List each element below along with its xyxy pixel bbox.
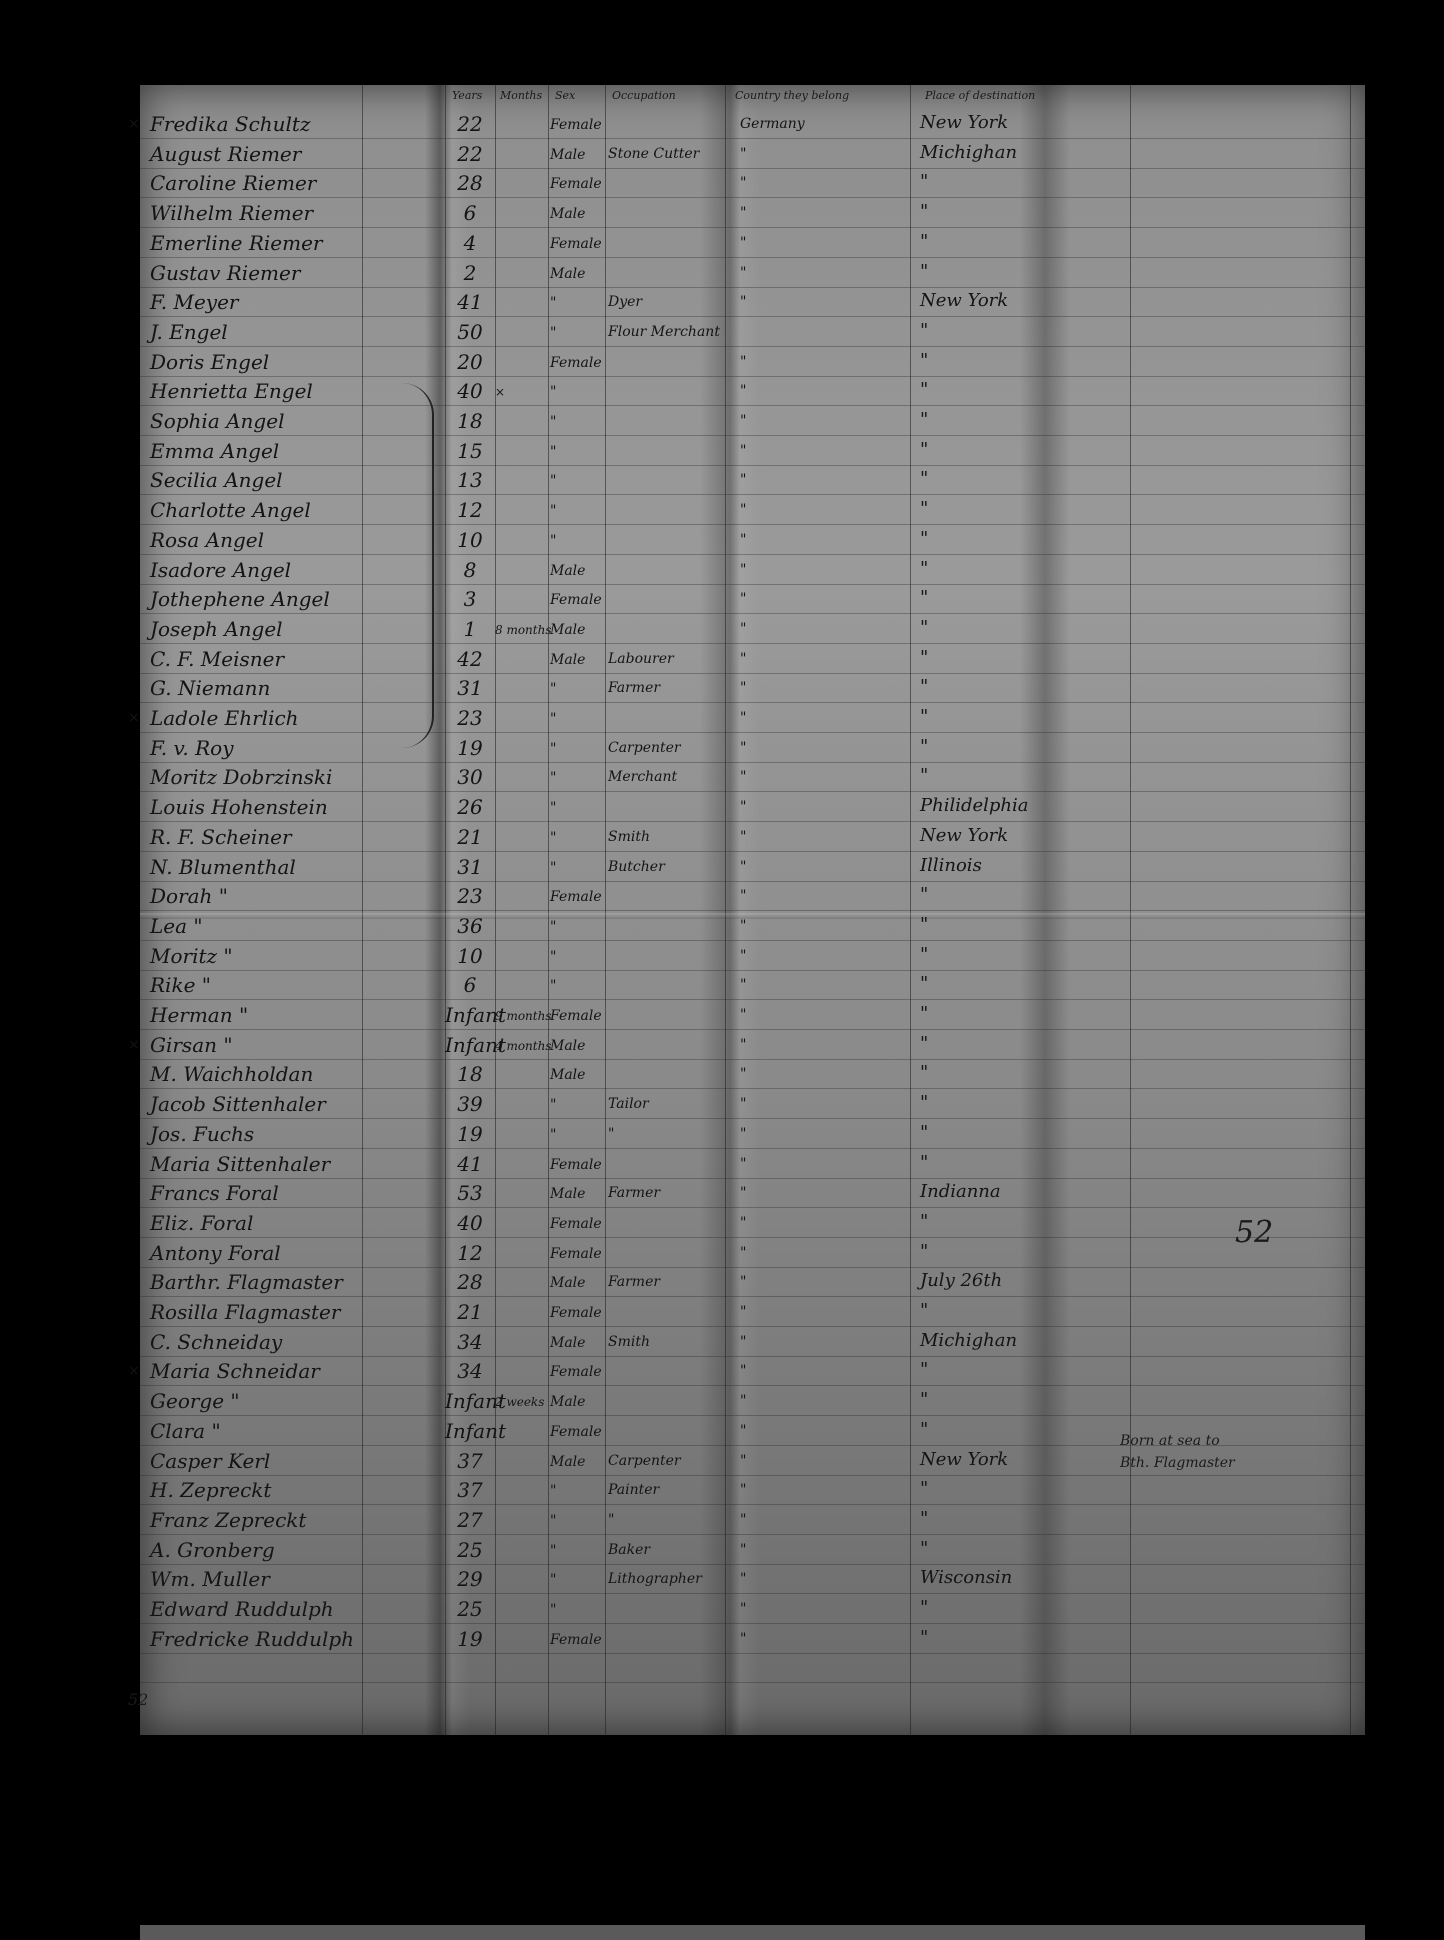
passenger-name: Ladole Ehrlich [150, 706, 299, 730]
passenger-name: Barthr. Flagmaster [150, 1270, 343, 1294]
passenger-destination: " [920, 617, 928, 638]
passenger-country: " [740, 1631, 746, 1647]
passenger-sex: Female [550, 117, 602, 133]
passenger-sex: " [550, 1602, 556, 1618]
passenger-age: 19 [445, 1122, 495, 1146]
passenger-occupation: " [608, 1512, 614, 1528]
table-row: R. F. Scheiner21"Smith"New York [140, 823, 1365, 853]
passenger-name: Dorah " [150, 884, 228, 908]
passenger-country: " [740, 413, 746, 429]
table-row: Caroline Riemer28Female"" [140, 169, 1365, 199]
passenger-name: Charlotte Angel [150, 498, 311, 522]
passenger-destination: New York [920, 1449, 1008, 1470]
passenger-age: Infant [445, 1419, 495, 1443]
passenger-age: 28 [445, 171, 495, 195]
passenger-age: 3 [445, 587, 495, 611]
passenger-country: " [740, 235, 746, 251]
passenger-age: Infant [445, 1003, 495, 1027]
passenger-destination: " [920, 1597, 928, 1618]
passenger-country: " [740, 1096, 746, 1112]
passenger-name: Emma Angel [150, 439, 279, 463]
passenger-age: 4 [445, 231, 495, 255]
passenger-sex: Male [550, 622, 585, 638]
passenger-age: 22 [445, 142, 495, 166]
passenger-sex: Female [550, 236, 602, 252]
table-row: Wm. Muller29"Lithographer"Wisconsin [140, 1565, 1365, 1595]
passenger-country: " [740, 383, 746, 399]
passenger-sex: Male [550, 1335, 585, 1351]
passenger-destination: " [920, 1627, 928, 1648]
passenger-country: " [740, 1215, 746, 1231]
manifest-page: Years Months Sex Occupation Country they… [140, 85, 1365, 1735]
passenger-destination: " [920, 1300, 928, 1321]
passenger-country: " [740, 1185, 746, 1201]
passenger-sex: " [550, 533, 556, 549]
passenger-destination: Michighan [920, 142, 1017, 163]
table-row: Herman "Infant9 monthsFemale"" [140, 1001, 1365, 1031]
passenger-name: Fredricke Ruddulph [150, 1627, 354, 1651]
passenger-occupation: Carpenter [608, 1453, 681, 1469]
passenger-months: 4 months [495, 1039, 552, 1053]
passenger-age: 42 [445, 647, 495, 671]
passenger-age: 27 [445, 1508, 495, 1532]
passenger-sex: " [550, 414, 556, 430]
passenger-country: " [740, 294, 746, 310]
passenger-name: Gustav Riemer [150, 261, 300, 285]
passenger-age: 21 [445, 1300, 495, 1324]
passenger-sex: " [550, 1127, 556, 1143]
passenger-destination: " [920, 1152, 928, 1173]
passenger-sex: Female [550, 1246, 602, 1262]
table-row: F. Meyer41"Dyer"New York [140, 288, 1365, 318]
passenger-country: " [740, 1482, 746, 1498]
passenger-months: 9 months [495, 1009, 552, 1023]
passenger-age: 29 [445, 1567, 495, 1591]
passenger-sex: " [550, 384, 556, 400]
table-row: Barthr. Flagmaster28MaleFarmer"July 26th [140, 1268, 1365, 1298]
passenger-country: " [740, 1126, 746, 1142]
passenger-destination: " [920, 261, 928, 282]
passenger-country: " [740, 205, 746, 221]
passenger-age: 40 [445, 1211, 495, 1235]
passenger-occupation: Butcher [608, 859, 665, 875]
passenger-destination: July 26th [920, 1270, 1002, 1291]
passenger-destination: Philidelphia [920, 795, 1029, 816]
passenger-age: 15 [445, 439, 495, 463]
passenger-destination: " [920, 1122, 928, 1143]
passenger-destination: " [920, 676, 928, 697]
passenger-sex: Female [550, 355, 602, 371]
header-occupation: Occupation [612, 89, 676, 102]
passenger-country: " [740, 1423, 746, 1439]
passenger-occupation: Tailor [608, 1096, 649, 1112]
passenger-country: " [740, 918, 746, 934]
passenger-name: Moritz Dobrzinski [150, 765, 332, 789]
table-row: M. Waichholdan18Male"" [140, 1060, 1365, 1090]
table-row: ×Fredika Schultz22FemaleGermanyNew York [140, 110, 1365, 140]
passenger-age: 22 [445, 112, 495, 136]
passenger-destination: " [920, 647, 928, 668]
family-bracket [402, 383, 434, 748]
table-row: Secilia Angel13""" [140, 466, 1365, 496]
passenger-occupation: Smith [608, 829, 650, 845]
table-row: A. Gronberg25"Baker"" [140, 1536, 1365, 1566]
passenger-age: 13 [445, 468, 495, 492]
passenger-destination: " [920, 201, 928, 222]
passenger-name: J. Engel [150, 320, 228, 344]
passenger-destination: " [920, 587, 928, 608]
passenger-country: " [740, 591, 746, 607]
passenger-age: 41 [445, 290, 495, 314]
passenger-country: " [740, 265, 746, 281]
table-row: Gustav Riemer2Male"" [140, 259, 1365, 289]
passenger-name: G. Niemann [150, 676, 270, 700]
passenger-name: Antony Foral [150, 1241, 281, 1265]
passenger-age: Infant [445, 1033, 495, 1057]
passenger-name: Rike " [150, 973, 211, 997]
table-row: Maria Sittenhaler41Female"" [140, 1150, 1365, 1180]
passenger-country: " [740, 710, 746, 726]
passenger-name: Caroline Riemer [150, 171, 316, 195]
passenger-sex: Male [550, 206, 585, 222]
passenger-sex: Female [550, 176, 602, 192]
passenger-destination: New York [920, 112, 1008, 133]
passenger-age: 26 [445, 795, 495, 819]
row-mark: × [128, 1037, 140, 1053]
passenger-name: Franz Zepreckt [150, 1508, 306, 1532]
table-row: Eliz. Foral40Female"" [140, 1209, 1365, 1239]
passenger-sex: " [550, 741, 556, 757]
passenger-country: " [740, 354, 746, 370]
passenger-destination: " [920, 171, 928, 192]
passenger-country: " [740, 977, 746, 993]
passenger-country: " [740, 175, 746, 191]
passenger-age: 18 [445, 1062, 495, 1086]
passenger-age: 25 [445, 1597, 495, 1621]
passenger-country: " [740, 1066, 746, 1082]
table-row: Moritz Dobrzinski30"Merchant"" [140, 763, 1365, 793]
passenger-occupation: Labourer [608, 651, 674, 667]
passenger-country: " [740, 1601, 746, 1617]
passenger-name: Rosa Angel [150, 528, 264, 552]
passenger-age: 36 [445, 914, 495, 938]
passenger-name: Secilia Angel [150, 468, 283, 492]
passenger-destination: " [920, 914, 928, 935]
passenger-name: Henrietta Engel [150, 379, 313, 403]
passenger-destination: " [920, 1033, 928, 1054]
table-row: Doris Engel20Female"" [140, 348, 1365, 378]
passenger-sex: Male [550, 147, 585, 163]
passenger-name: Casper Kerl [150, 1449, 270, 1473]
remark-line-2: Bth. Flagmaster [1120, 1452, 1235, 1474]
passenger-occupation: Farmer [608, 1185, 660, 1201]
table-row: Sophia Angel18""" [140, 407, 1365, 437]
passenger-age: 20 [445, 350, 495, 374]
passenger-name: Doris Engel [150, 350, 269, 374]
passenger-country: " [740, 562, 746, 578]
passenger-country: " [740, 1571, 746, 1587]
table-row: George "Infant2 weeksMale"" [140, 1387, 1365, 1417]
passenger-country: " [740, 1542, 746, 1558]
table-row: Emma Angel15""" [140, 437, 1365, 467]
passenger-sex: " [550, 919, 556, 935]
passenger-destination: " [920, 1508, 928, 1529]
table-row: J. Engel50"Flour Merchant" [140, 318, 1365, 348]
passenger-country: " [740, 1245, 746, 1261]
passenger-sex: " [550, 1572, 556, 1588]
passenger-sex: Male [550, 1038, 585, 1054]
passenger-age: 21 [445, 825, 495, 849]
passenger-country: " [740, 1037, 746, 1053]
passenger-destination: " [920, 1092, 928, 1113]
passenger-destination: " [920, 558, 928, 579]
passenger-country: " [740, 1007, 746, 1023]
passenger-country: Germany [740, 116, 805, 132]
passenger-name: Wm. Muller [150, 1567, 270, 1591]
passenger-country: " [740, 769, 746, 785]
passenger-name: R. F. Scheiner [150, 825, 292, 849]
passenger-occupation: Stone Cutter [608, 146, 699, 162]
table-row: Jacob Sittenhaler39"Tailor"" [140, 1090, 1365, 1120]
passenger-sex: " [550, 681, 556, 697]
row-mark: × [128, 1363, 140, 1379]
passenger-name: N. Blumenthal [150, 855, 296, 879]
passenger-sex: Male [550, 1275, 585, 1291]
passenger-sex: " [550, 711, 556, 727]
passenger-name: Louis Hohenstein [150, 795, 328, 819]
passenger-destination: " [920, 973, 928, 994]
passenger-name: Jothephene Angel [150, 587, 330, 611]
table-row: Henrietta Engel40×""" [140, 377, 1365, 407]
table-row: N. Blumenthal31"Butcher"Illinois [140, 853, 1365, 883]
passenger-name: Jos. Fuchs [150, 1122, 254, 1146]
passenger-destination: " [920, 320, 928, 341]
passenger-name: August Riemer [150, 142, 301, 166]
passenger-sex: " [550, 295, 556, 311]
row-mark: × [128, 710, 140, 726]
passenger-name: Wilhelm Riemer [150, 201, 313, 225]
passenger-name: Herman " [150, 1003, 248, 1027]
passenger-occupation: Carpenter [608, 740, 681, 756]
passenger-occupation: " [608, 1126, 614, 1142]
passenger-sex: Male [550, 563, 585, 579]
table-row: Fredricke Ruddulph19Female"" [140, 1625, 1365, 1655]
passenger-sex: Female [550, 889, 602, 905]
passenger-name: C. Schneiday [150, 1330, 282, 1354]
passenger-country: " [740, 1274, 746, 1290]
passenger-occupation: Dyer [608, 294, 642, 310]
passenger-country: " [740, 532, 746, 548]
passenger-name: F. v. Roy [150, 736, 234, 760]
passenger-destination: " [920, 350, 928, 371]
table-row: Isadore Angel8Male"" [140, 556, 1365, 586]
passenger-age: 34 [445, 1359, 495, 1383]
table-row: ×Girsan "Infant4 monthsMale"" [140, 1031, 1365, 1061]
passenger-occupation: Baker [608, 1542, 650, 1558]
passenger-sex: " [550, 473, 556, 489]
passenger-age: 10 [445, 944, 495, 968]
passenger-country: " [740, 443, 746, 459]
passenger-destination: " [920, 1419, 928, 1440]
passenger-age: 23 [445, 884, 495, 908]
table-row: Moritz "10""" [140, 942, 1365, 972]
passenger-destination: " [920, 379, 928, 400]
passenger-sex: Female [550, 1305, 602, 1321]
header-sex: Sex [555, 89, 575, 102]
passenger-destination: Michighan [920, 1330, 1017, 1351]
passenger-age: 30 [445, 765, 495, 789]
table-row: Jothephene Angel3Female"" [140, 585, 1365, 615]
passenger-country: " [740, 859, 746, 875]
passenger-name: Joseph Angel [150, 617, 283, 641]
passenger-age: 41 [445, 1152, 495, 1176]
header-country: Country they belong [735, 89, 849, 102]
table-row: Dorah "23Female"" [140, 882, 1365, 912]
table-row: C. Schneiday34MaleSmith"Michighan [140, 1328, 1365, 1358]
passenger-months: 8 months [495, 623, 552, 637]
passenger-age: 12 [445, 1241, 495, 1265]
passenger-name: Girsan " [150, 1033, 233, 1057]
passenger-sex: Female [550, 1424, 602, 1440]
page-number: 52 [1235, 1215, 1273, 1250]
passenger-country: " [740, 1334, 746, 1350]
passenger-country: " [740, 829, 746, 845]
passenger-age: 40 [445, 379, 495, 403]
passenger-destination: " [920, 1062, 928, 1083]
passenger-sex: " [550, 949, 556, 965]
table-row: G. Niemann31"Farmer"" [140, 674, 1365, 704]
passenger-sex: " [550, 1543, 556, 1559]
passenger-name: Eliz. Foral [150, 1211, 253, 1235]
passenger-country: " [740, 1393, 746, 1409]
passenger-name: Fredika Schultz [150, 112, 311, 136]
passenger-age: 31 [445, 676, 495, 700]
passenger-age: 53 [445, 1181, 495, 1205]
passenger-destination: New York [920, 290, 1008, 311]
passenger-sex: Female [550, 1008, 602, 1024]
table-row: Emerline Riemer4Female"" [140, 229, 1365, 259]
passenger-age: 50 [445, 320, 495, 344]
passenger-sex: Female [550, 1364, 602, 1380]
passenger-age: 1 [445, 617, 495, 641]
passenger-sex: Male [550, 652, 585, 668]
passenger-sex: " [550, 860, 556, 876]
passenger-destination: " [920, 1211, 928, 1232]
passenger-destination: " [920, 1003, 928, 1024]
table-row: ×Maria Schneidar34Female"" [140, 1357, 1365, 1387]
passenger-country: " [740, 888, 746, 904]
page-number-corner: 52 [128, 1690, 148, 1709]
passenger-occupation: Farmer [608, 1274, 660, 1290]
passenger-name: Rosilla Flagmaster [150, 1300, 340, 1324]
passenger-destination: " [920, 1478, 928, 1499]
passenger-age: 23 [445, 706, 495, 730]
passenger-country: " [740, 740, 746, 756]
passenger-name: Maria Schneidar [150, 1359, 320, 1383]
passenger-destination: " [920, 736, 928, 757]
passenger-age: 18 [445, 409, 495, 433]
passenger-name: Jacob Sittenhaler [150, 1092, 326, 1116]
passenger-age: 12 [445, 498, 495, 522]
ruled-line [140, 1682, 1365, 1683]
header-destination: Place of destination [925, 89, 1035, 102]
passenger-sex: Male [550, 1394, 585, 1410]
passenger-name: Clara " [150, 1419, 221, 1443]
passenger-age: 10 [445, 528, 495, 552]
passenger-name: Francs Foral [150, 1181, 279, 1205]
passenger-age: 28 [445, 1270, 495, 1294]
passenger-age: Infant [445, 1389, 495, 1413]
passenger-age: 34 [445, 1330, 495, 1354]
table-row: Charlotte Angel12""" [140, 496, 1365, 526]
passenger-country: " [740, 948, 746, 964]
passenger-destination: Wisconsin [920, 1567, 1012, 1588]
passenger-sex: Male [550, 266, 585, 282]
passenger-country: " [740, 1453, 746, 1469]
passenger-name: H. Zepreckt [150, 1478, 271, 1502]
passenger-destination: " [920, 944, 928, 965]
passenger-sex: " [550, 1097, 556, 1113]
passenger-sex: " [550, 800, 556, 816]
passenger-name: George " [150, 1389, 240, 1413]
passenger-country: " [740, 502, 746, 518]
table-row: August Riemer22MaleStone Cutter"Michigha… [140, 140, 1365, 170]
table-row: Francs Foral53MaleFarmer"Indianna [140, 1179, 1365, 1209]
passenger-name: Sophia Angel [150, 409, 284, 433]
remark-note: Born at sea to Bth. Flagmaster [1120, 1430, 1235, 1474]
passenger-sex: " [550, 770, 556, 786]
passenger-country: " [740, 146, 746, 162]
passenger-country: " [740, 1156, 746, 1172]
table-row: ×Ladole Ehrlich23""" [140, 704, 1365, 734]
passenger-country: " [740, 472, 746, 488]
next-page-edge [140, 1925, 1365, 1940]
remark-line-1: Born at sea to [1120, 1430, 1235, 1452]
table-row: Franz Zepreckt27"""" [140, 1506, 1365, 1536]
passenger-country: " [740, 1304, 746, 1320]
table-row: F. v. Roy19"Carpenter"" [140, 734, 1365, 764]
passenger-sex: Female [550, 1157, 602, 1173]
passenger-country: " [740, 651, 746, 667]
row-mark: × [128, 116, 140, 132]
passenger-destination: New York [920, 825, 1008, 846]
passenger-age: 19 [445, 736, 495, 760]
passenger-months: × [495, 385, 505, 399]
passenger-occupation: Flour Merchant [608, 324, 720, 340]
passenger-sex: " [550, 830, 556, 846]
passenger-name: Emerline Riemer [150, 231, 322, 255]
passenger-destination: " [920, 765, 928, 786]
passenger-age: 37 [445, 1449, 495, 1473]
passenger-age: 31 [445, 855, 495, 879]
passenger-age: 19 [445, 1627, 495, 1651]
table-row: Rike "6""" [140, 971, 1365, 1001]
passenger-name: Lea " [150, 914, 203, 938]
table-row: C. F. Meisner42MaleLabourer"" [140, 645, 1365, 675]
table-row: Lea "36""" [140, 912, 1365, 942]
passenger-sex: Female [550, 1216, 602, 1232]
passenger-name: F. Meyer [150, 290, 239, 314]
passenger-country: " [740, 680, 746, 696]
passenger-sex: " [550, 978, 556, 994]
passenger-sex: Female [550, 1632, 602, 1648]
table-row: Rosilla Flagmaster21Female"" [140, 1298, 1365, 1328]
passenger-destination: Indianna [920, 1181, 1001, 1202]
header-months: Months [500, 89, 542, 102]
table-row: Rosa Angel10""" [140, 526, 1365, 556]
header-years: Years [452, 89, 482, 102]
passenger-name: M. Waichholdan [150, 1062, 313, 1086]
